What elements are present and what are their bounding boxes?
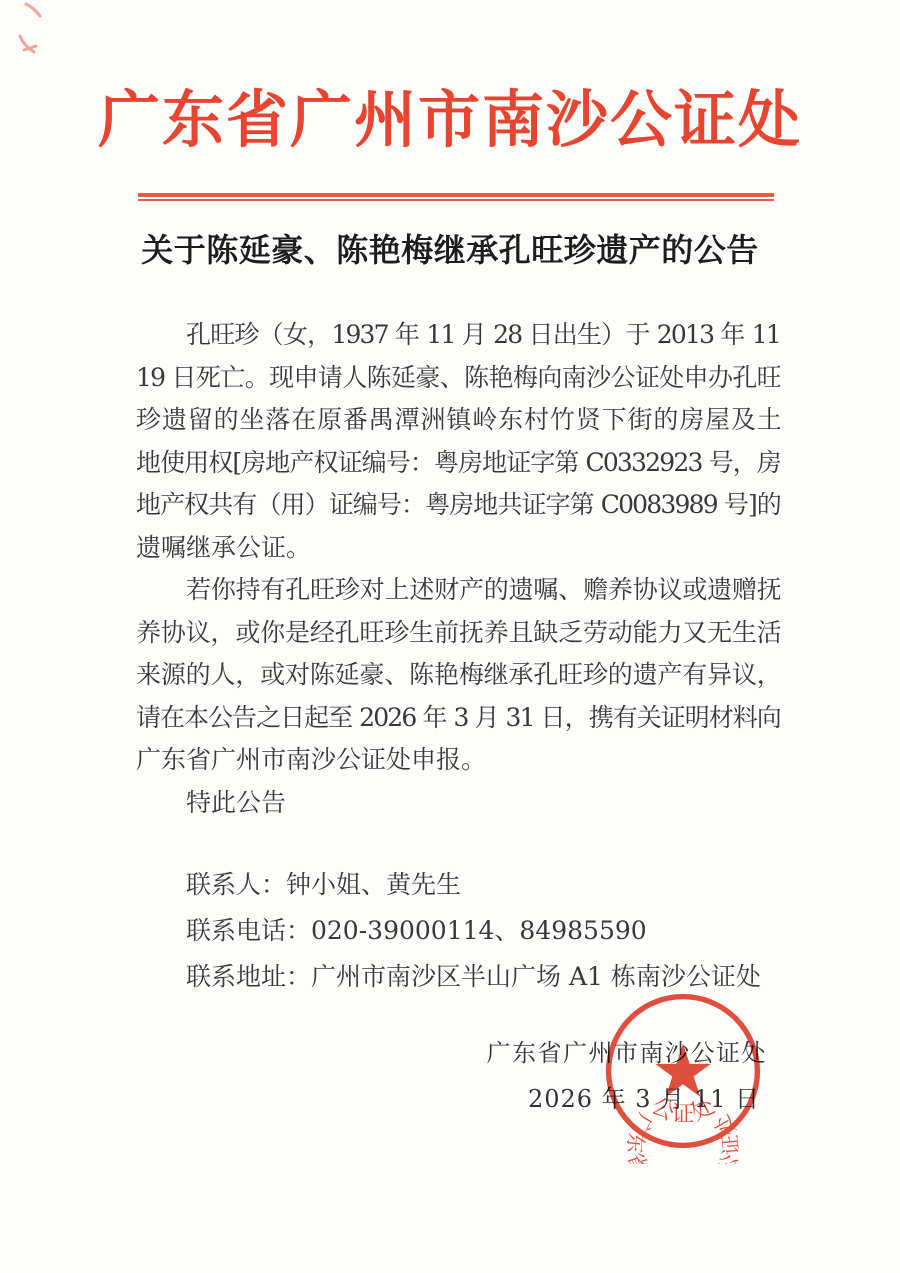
contact-person: 联系人：钟小姐、黄先生 xyxy=(136,862,836,908)
paragraph-2: 若你持有孔旺珍对上述财产的遗嘱、赡养协议或遗赠抚养协议，或你是经孔旺珍生前抚养且… xyxy=(136,569,780,782)
body-line: 地使用权[房地产权证编号：粤房地证字第 C0332923 号，房 xyxy=(136,442,780,485)
seal-star-icon xyxy=(655,1044,711,1097)
body-line: 来源的人，或对陈延豪、陈艳梅继承孔旺珍的遗产有异议， xyxy=(136,654,780,697)
body-line: 地产权共有（用）证编号：粤房地共证字第 C0083989 号]的 xyxy=(136,484,780,527)
notary-announcement-page: 广东省广州市南沙公证处 关于陈延豪、陈艳梅继承孔旺珍遗产的公告 孔旺珍（女，19… xyxy=(0,0,900,1273)
scan-artifact-marks xyxy=(12,0,72,70)
divider-thin-line xyxy=(138,199,774,201)
body-line: 珍遗留的坐落在原番禺潭洲镇岭东村竹贤下街的房屋及土 xyxy=(136,399,780,442)
body-line: 若你持有孔旺珍对上述财产的遗嘱、赡养协议或遗赠抚 xyxy=(136,569,780,612)
body-line: 广东省广州市南沙公证处申报。 xyxy=(136,739,780,782)
closing-statement: 特此公告 xyxy=(136,782,780,825)
body-line: 养协议，或你是经孔旺珍生前抚养且缺乏劳动能力又无生活 xyxy=(136,612,780,655)
contact-phone: 联系电话：020-39000114、84985590 xyxy=(136,908,836,954)
letterhead-title: 广东省广州市南沙公证处 xyxy=(0,76,900,164)
body-line: 请在本公告之日起至 2026 年 3 月 31 日，携有关证明材料向 xyxy=(136,697,780,740)
document-title: 关于陈延豪、陈艳梅继承孔旺珍遗产的公告 xyxy=(0,227,900,273)
body-line: 孔旺珍（女，1937 年 11 月 28 日出生）于 2013 年 11 月 xyxy=(136,314,780,357)
document-body: 孔旺珍（女，1937 年 11 月 28 日出生）于 2013 年 11 月19… xyxy=(136,314,780,824)
seal-bottom-text: 公证处 xyxy=(647,1093,719,1128)
divider-thick-line xyxy=(138,193,774,197)
paragraph-1: 孔旺珍（女，1937 年 11 月 28 日出生）于 2013 年 11 月19… xyxy=(136,314,780,569)
official-seal-stamp: 广东省广州市南沙公证处 公证处 xyxy=(590,978,776,1164)
body-line: 遗嘱继承公证。 xyxy=(136,527,780,570)
letterhead-divider xyxy=(138,193,774,201)
body-line: 19 日死亡。现申请人陈延豪、陈艳梅向南沙公证处申办孔旺 xyxy=(136,357,780,400)
